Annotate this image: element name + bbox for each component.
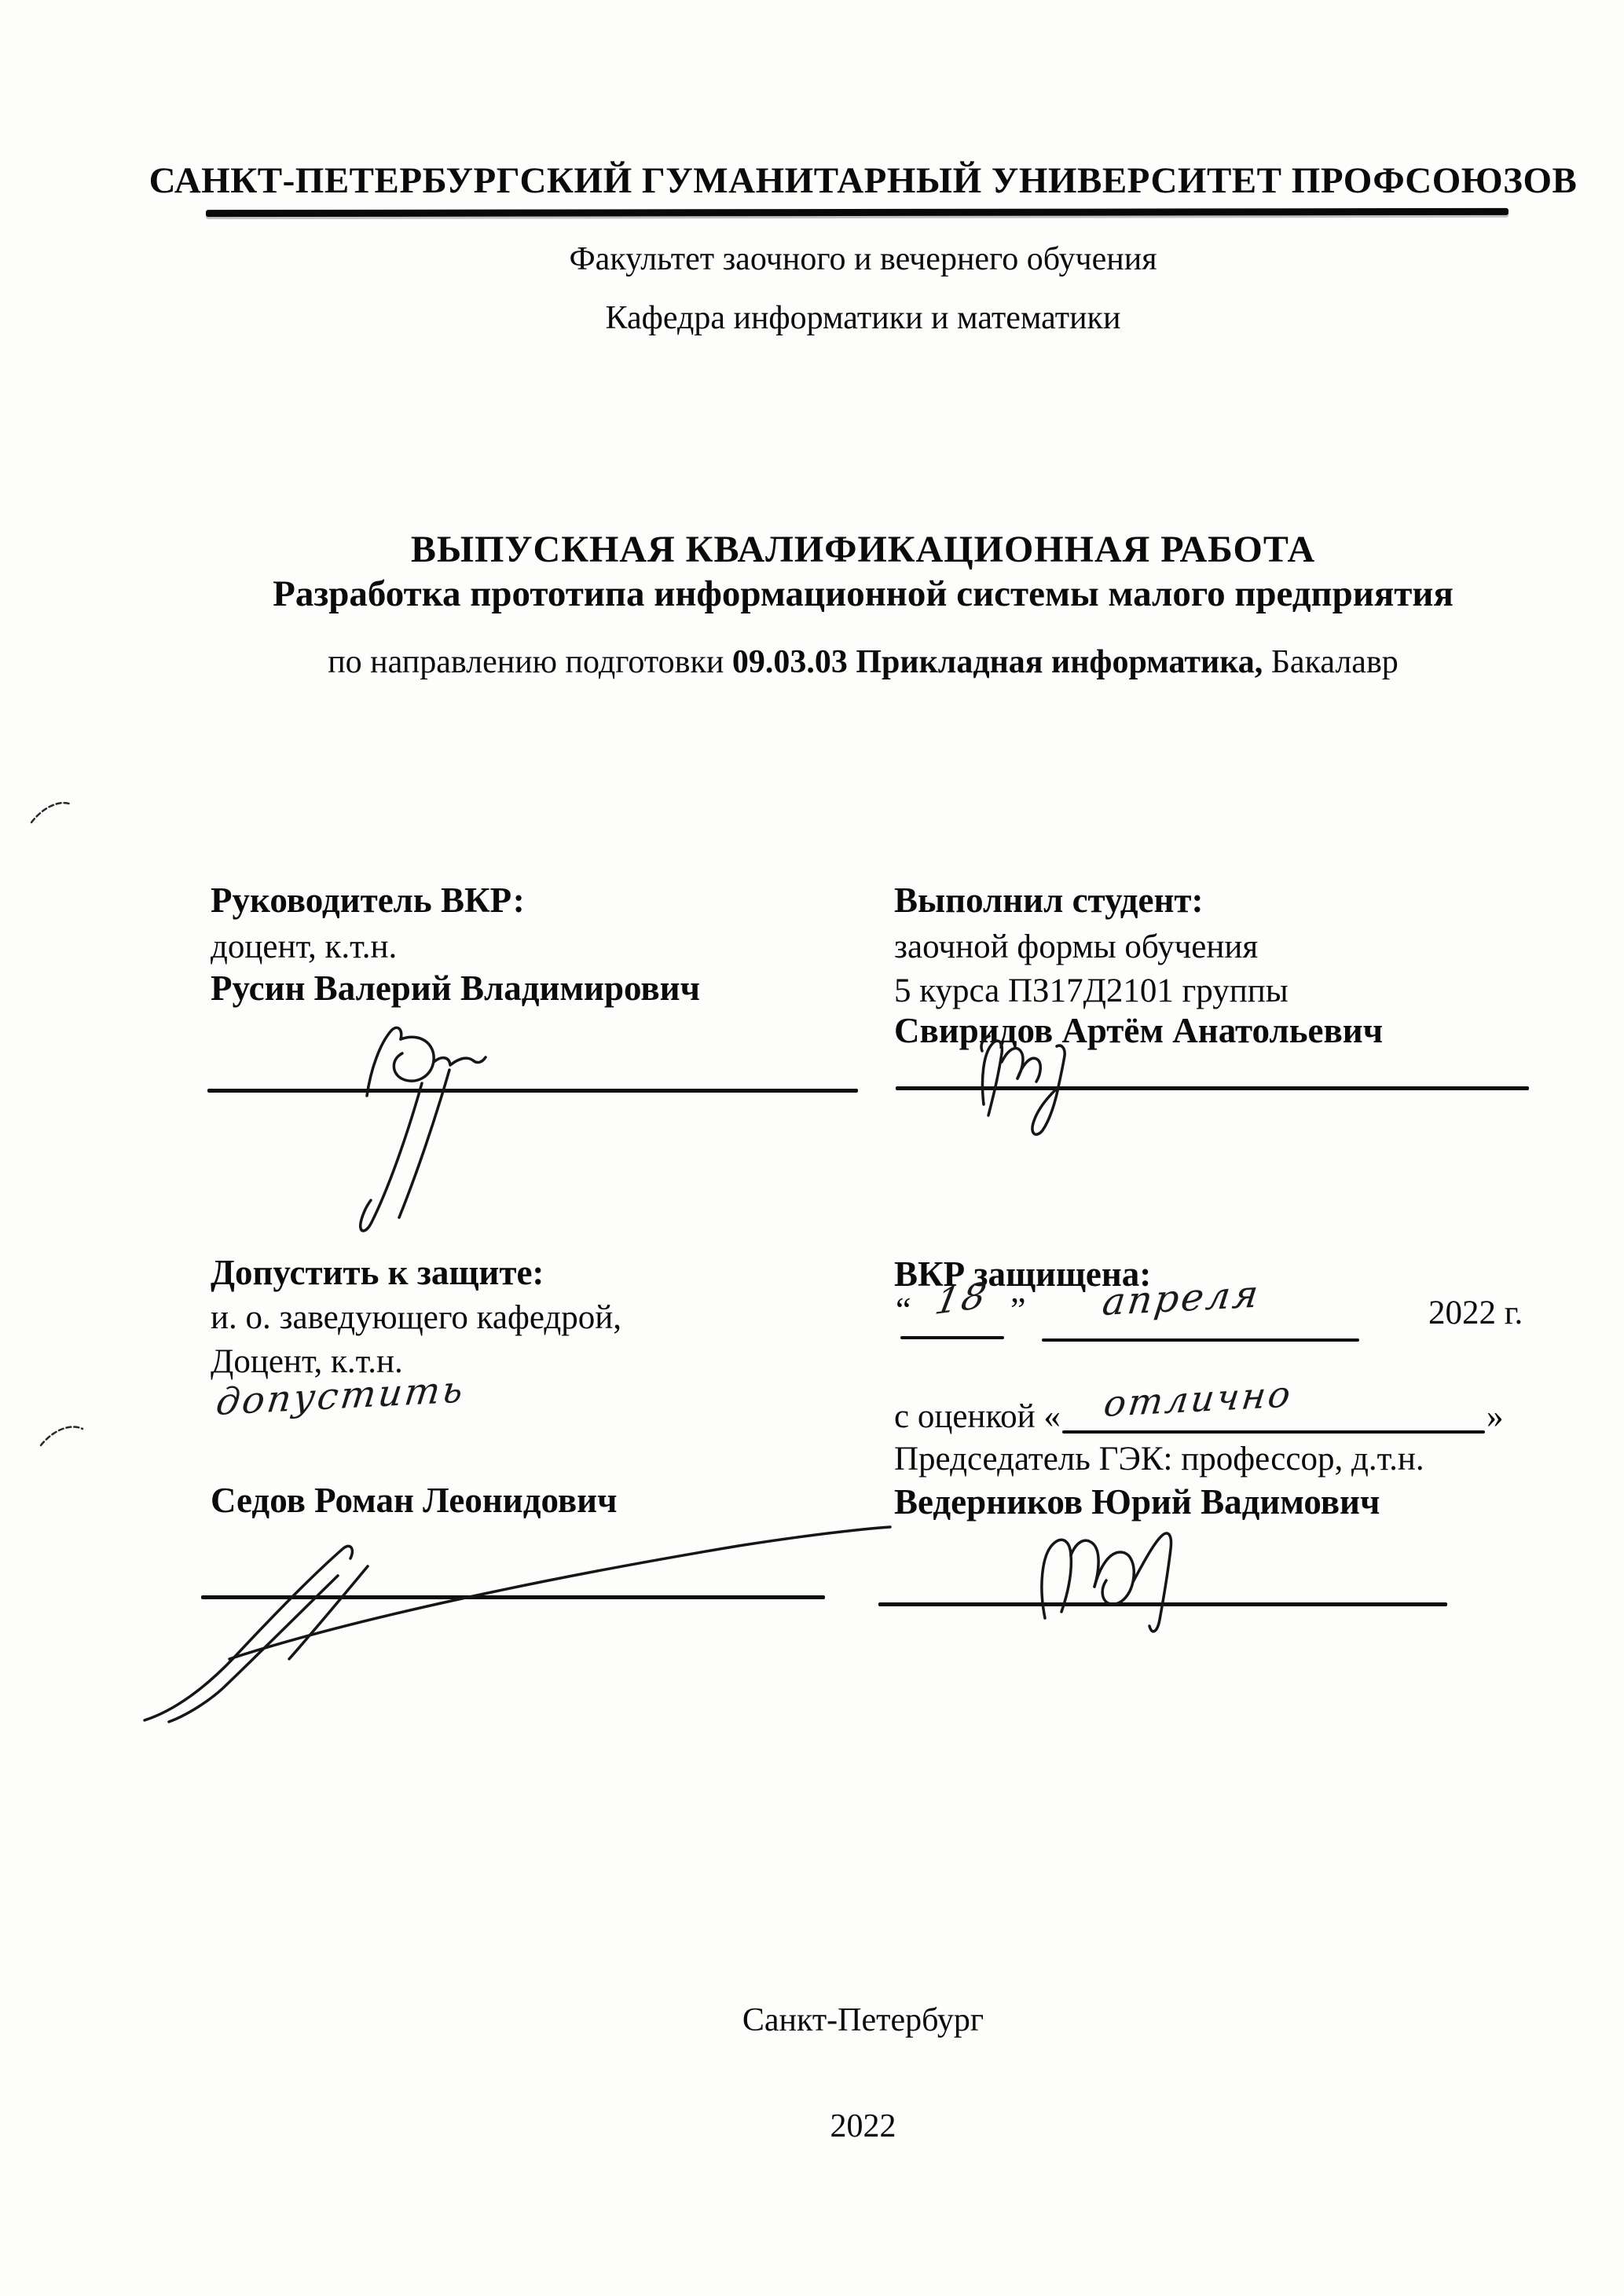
defense-year-label: 2022 г. — [1428, 1293, 1523, 1334]
program-line: по направлению подготовки 09.03.03 Прикл… — [102, 643, 1624, 681]
program-code: 09.03.03 Прикладная информатика, — [732, 644, 1263, 680]
grade-prefix: с оценкой « — [894, 1397, 1061, 1437]
chairman-name: Ведерников Юрий Вадимович — [894, 1481, 1380, 1522]
supervisor-name: Русин Валерий Владимирович — [211, 968, 700, 1009]
department-line: Кафедра информатики и математики — [102, 299, 1624, 337]
chairman-signature — [1042, 1533, 1171, 1631]
supervisor-position: доцент, к.т.н. — [211, 927, 397, 968]
chairman-signature-line — [878, 1602, 1447, 1606]
faculty-line: Факультет заочного и вечернего обучения — [102, 240, 1624, 278]
supervisor-heading: Руководитель ВКР: — [211, 880, 525, 921]
footer-city: Санкт-Петербург — [102, 2001, 1624, 2039]
header-underline — [206, 208, 1509, 217]
student-signature-line — [896, 1086, 1529, 1090]
supervisor-signature-line — [207, 1089, 858, 1093]
defense-month-handwritten: апреля — [1100, 1273, 1263, 1324]
supervisor-signature — [361, 1027, 486, 1231]
admission-name: Седов Роман Леонидович — [211, 1480, 617, 1521]
student-name: Свиридов Артём Анатольевич — [894, 1010, 1383, 1051]
footer-year: 2022 — [102, 2107, 1624, 2145]
chairman-title-line: Председатель ГЭК: профессор, д.т.н. — [894, 1439, 1424, 1480]
grade-handwritten: отлично — [1102, 1373, 1295, 1425]
student-study-form: заочной формы обучения — [894, 927, 1258, 968]
scanned-title-page: САНКТ-ПЕТЕРБУРГСКИЙ ГУМАНИТАРНЫЙ УНИВЕРС… — [0, 0, 1624, 2296]
scan-artifact-arc-top — [31, 803, 71, 822]
scan-artifact-arc-bottom — [41, 1427, 82, 1445]
work-title: Разработка прототипа информационной сист… — [102, 573, 1624, 615]
defense-day-line — [900, 1336, 1004, 1339]
defense-day-handwritten: 18 — [932, 1274, 992, 1323]
work-type-title: ВЫПУСКНАЯ КВАЛИФИКАЦИОННАЯ РАБОТА — [102, 528, 1624, 571]
university-name: САНКТ-ПЕТЕРБУРГСКИЙ ГУМАНИТАРНЫЙ УНИВЕРС… — [102, 159, 1624, 202]
admission-heading: Допустить к защите: — [211, 1252, 544, 1293]
defense-month-line — [1042, 1338, 1359, 1342]
ink-overlay — [0, 0, 1624, 2296]
grade-close-quote: » — [1487, 1397, 1504, 1437]
student-group: 5 курса ПЗ17Д2101 группы — [894, 971, 1289, 1012]
program-degree: Бакалавр — [1271, 644, 1399, 680]
admission-acting-head: и. о. заведующего кафедрой, — [211, 1298, 621, 1338]
head-of-department-signature — [145, 1527, 890, 1722]
program-prefix: по направлению подготовки — [328, 644, 724, 680]
grade-line — [1062, 1430, 1485, 1434]
admission-signature-line — [201, 1595, 825, 1599]
defense-date-close-quote: ” — [1010, 1290, 1026, 1331]
defense-date-open-quote: “ — [896, 1290, 911, 1331]
student-heading: Выполнил студент: — [894, 880, 1204, 921]
